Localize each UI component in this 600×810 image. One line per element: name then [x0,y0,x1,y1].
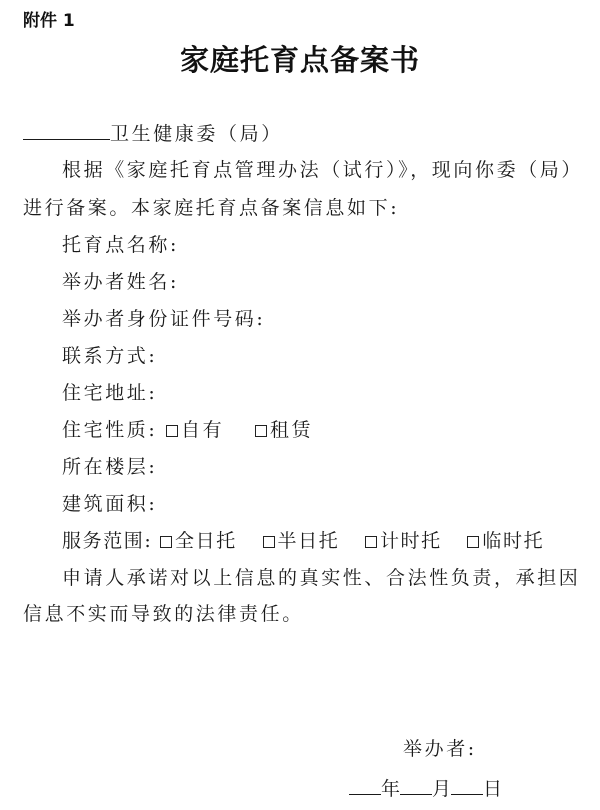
pledge-line-1: 申请人承诺对以上信息的真实性、合法性负责，承担因 [62,566,600,590]
pledge-line-2: 信息不实而导致的法律责任。 [23,602,588,626]
year-label: 年 [381,778,400,800]
option-hourly[interactable]: 计时托 [365,530,442,552]
field-contact: 联系方式: [62,344,600,368]
checkbox-icon[interactable] [365,536,377,548]
checkbox-icon[interactable] [263,536,275,548]
field-organizer-id-number: 举办者身份证件号码: [62,307,600,331]
checkbox-icon[interactable] [166,425,178,437]
field-care-point-name: 托育点名称: [62,233,600,257]
checkbox-icon[interactable] [255,425,267,437]
option-owned[interactable]: 自有 [166,419,224,441]
day-label: 日 [483,778,502,800]
month-label: 月 [432,778,451,800]
addressee-blank[interactable] [23,121,110,140]
field-service-scope: 服务范围: 全日托 半日托 计时托 临时托 [62,529,600,553]
checkbox-icon[interactable] [160,536,172,548]
intro-line-1: 根据《家庭托育点管理办法（试行）》，现向你委（局） [62,158,600,182]
option-full-day[interactable]: 全日托 [160,530,237,552]
field-organizer-name: 举办者姓名: [62,270,600,294]
residence-type-label: 住宅性质: [62,419,157,441]
page-title: 家庭托育点备案书 [0,38,600,79]
addressee-line: 卫生健康委（局） [23,121,588,146]
field-residence-type: 住宅性质: 自有 租赁 [62,418,600,442]
field-floor: 所在楼层: [62,455,600,479]
field-building-area: 建筑面积: [62,492,600,516]
organizer-signature-label: 举办者: [403,737,477,761]
attachment-label: 附件 1 [23,6,75,31]
month-blank[interactable] [400,776,432,795]
option-temporary[interactable]: 临时托 [467,530,544,552]
checkbox-icon[interactable] [467,536,479,548]
field-residence-address: 住宅地址: [62,381,600,405]
option-rented[interactable]: 租赁 [255,419,313,441]
year-blank[interactable] [349,776,381,795]
service-scope-label: 服务范围: [62,530,152,552]
intro-line-2: 进行备案。本家庭托育点备案信息如下: [23,196,588,220]
date-line: 年月日 [349,776,502,801]
addressee-suffix: 卫生健康委（局） [110,123,283,145]
day-blank[interactable] [451,776,483,795]
option-half-day[interactable]: 半日托 [263,530,340,552]
